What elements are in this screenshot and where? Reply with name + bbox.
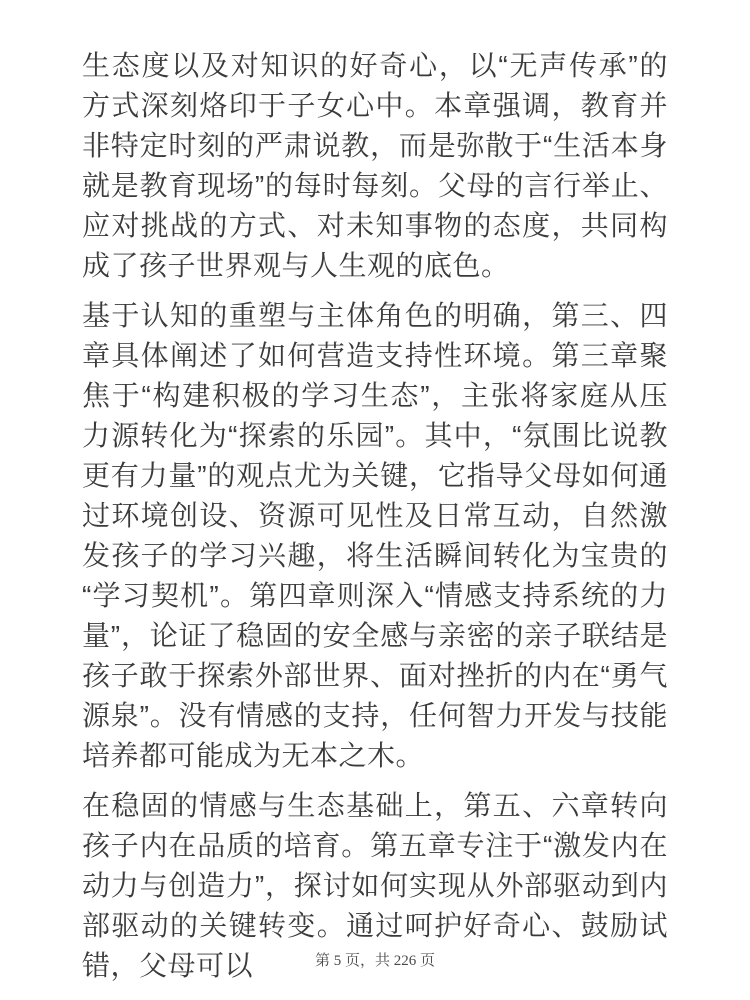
document-body: 生态度以及对知识的好奇心，以“无声传承”的方式深刻烙印于子女心中。本章强调，教育…: [82, 46, 668, 986]
page-number-footer: 第 5 页，共 226 页: [0, 949, 750, 970]
paragraph-1: 生态度以及对知识的好奇心，以“无声传承”的方式深刻烙印于子女心中。本章强调，教育…: [82, 46, 668, 286]
document-page: 生态度以及对知识的好奇心，以“无声传承”的方式深刻烙印于子女心中。本章强调，教育…: [0, 0, 750, 1000]
paragraph-2: 基于认知的重塑与主体角色的明确，第三、四章具体阐述了如何营造支持性环境。第三章聚…: [82, 296, 668, 776]
